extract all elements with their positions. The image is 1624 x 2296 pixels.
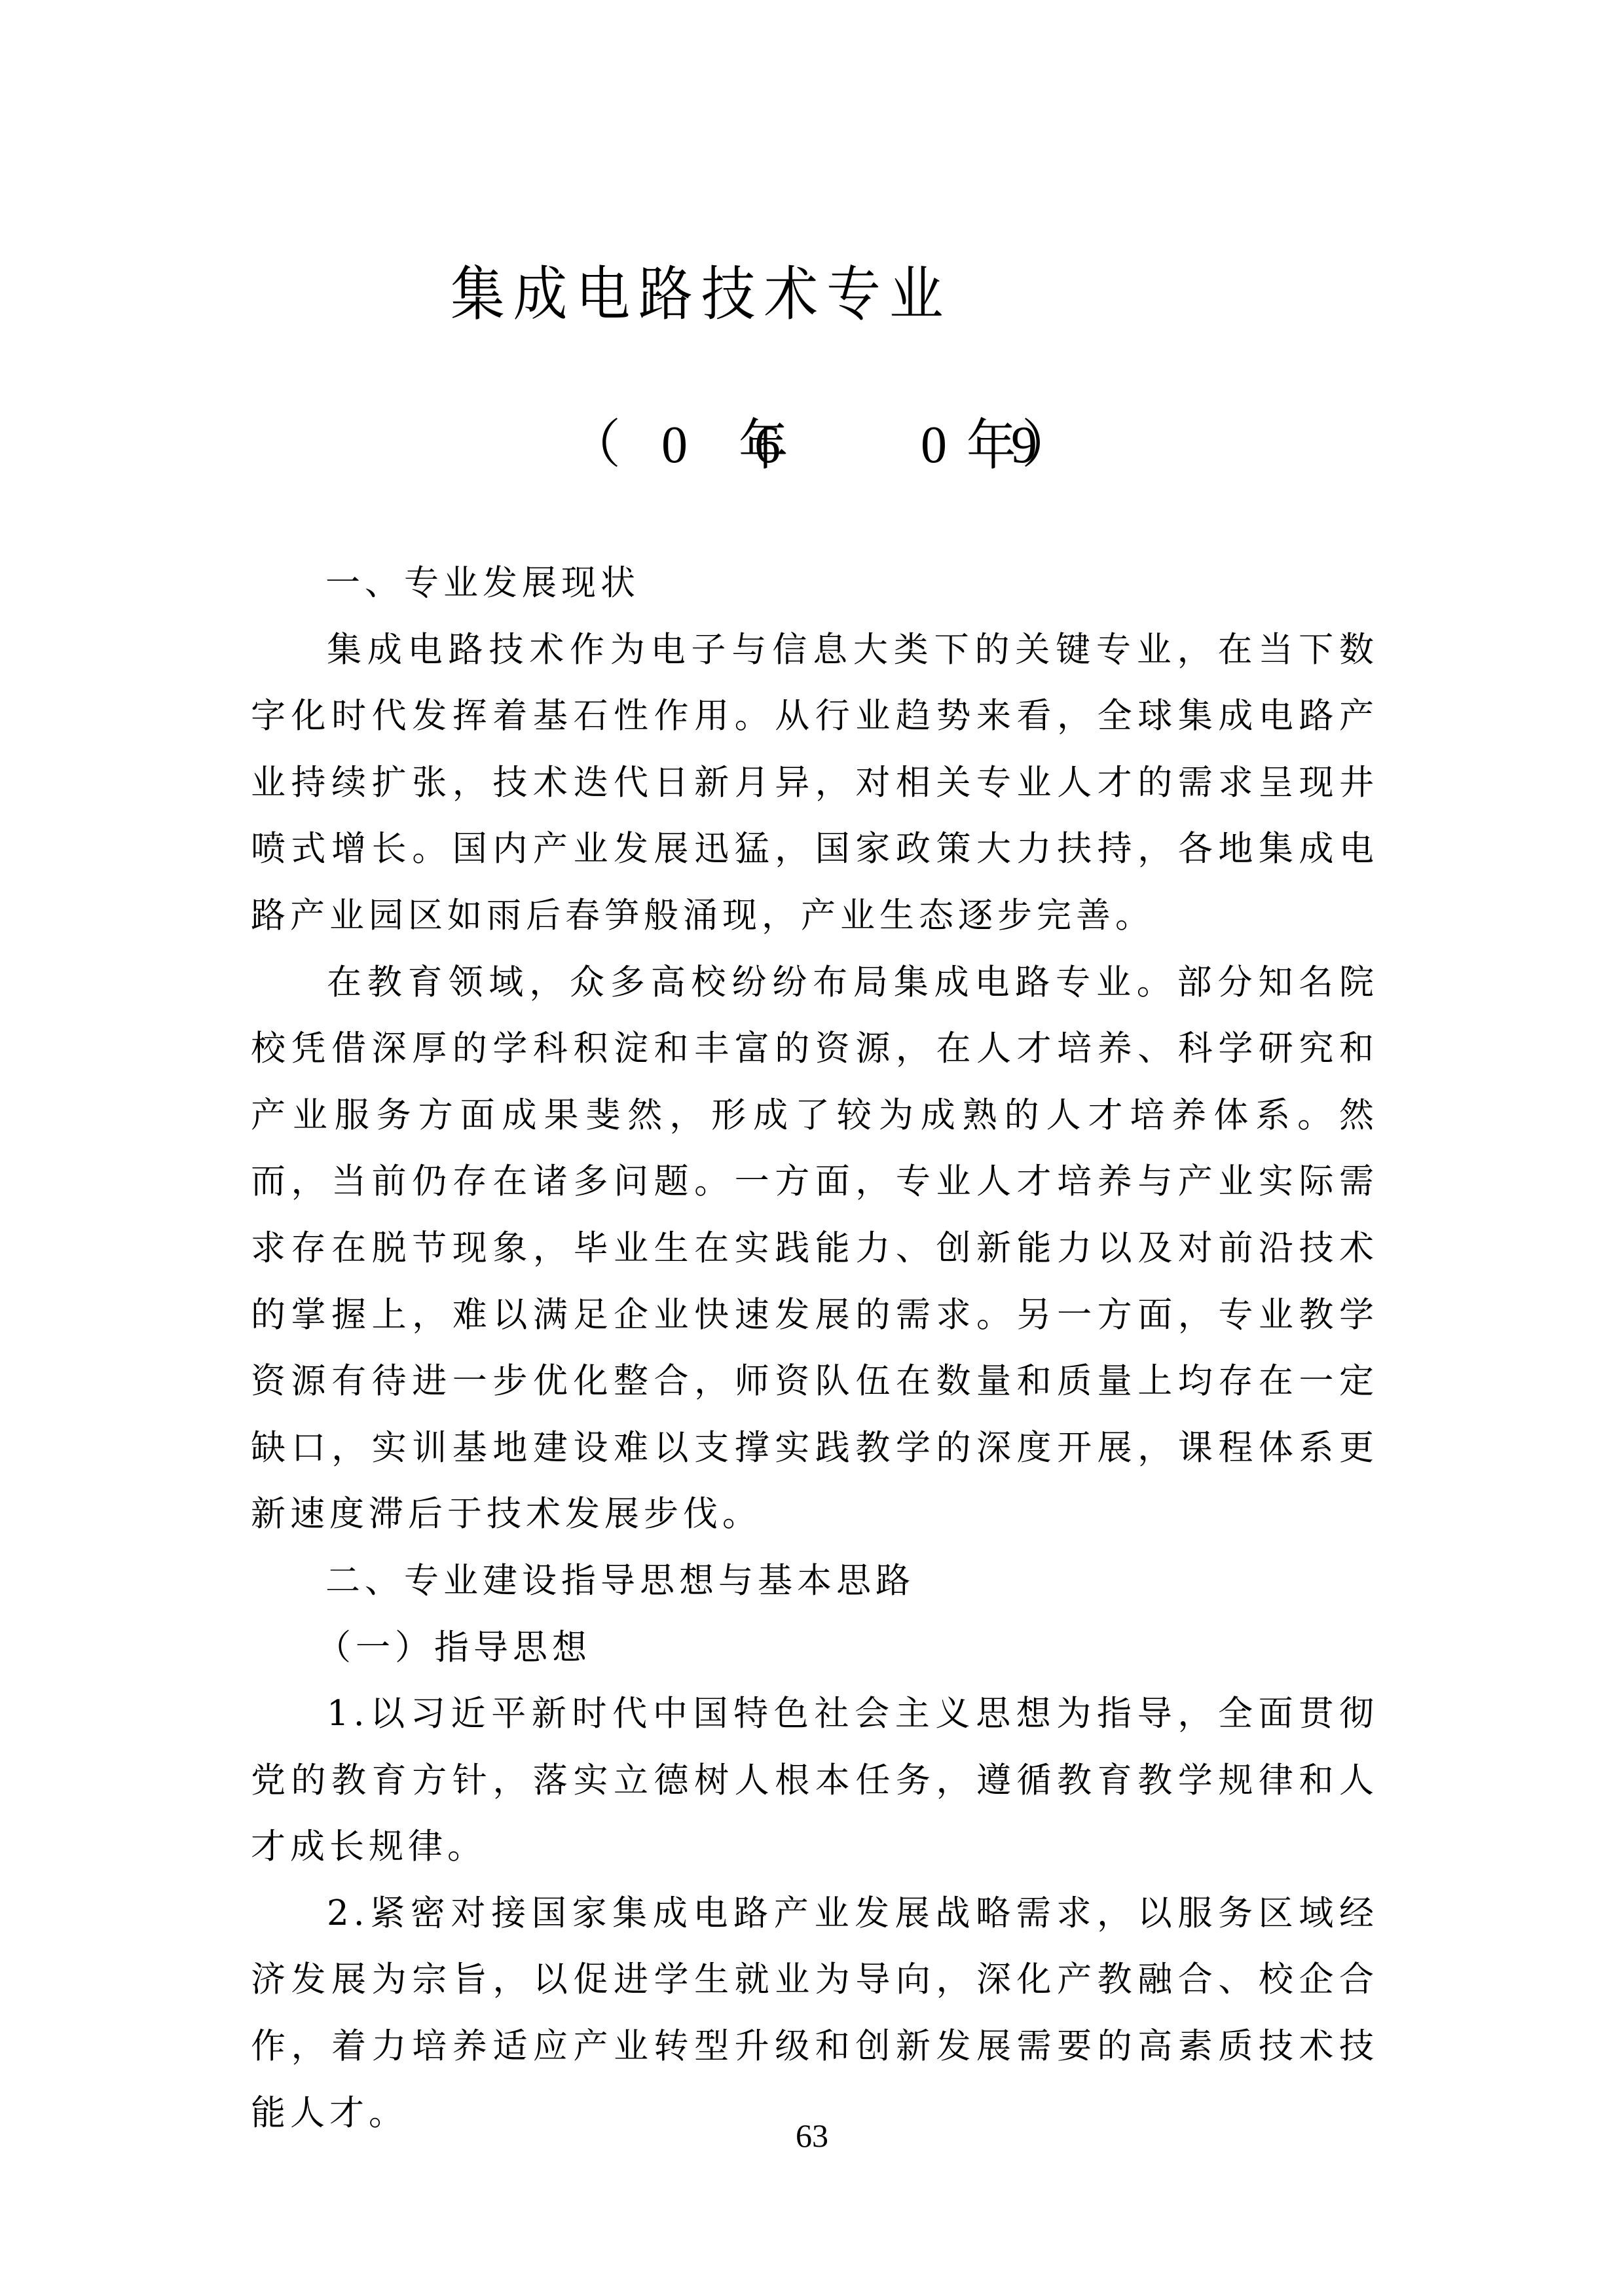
subtitle-glyph: 0 <box>661 406 688 484</box>
paragraph-industry-status: 集成电路技术作为电子与信息大类下的关键专业，在当下数字化时代发挥着基石性作用。从… <box>251 617 1378 949</box>
paragraph-education-status: 在教育领域，众多高校纷纷布局集成电路专业。部分知名院校凭借深厚的学科积淀和丰富的… <box>251 949 1378 1548</box>
subtitle-glyph: 0 <box>921 406 947 484</box>
document-page: 集成电路技术专业 （ 0 年 6 0 年 9 ） 一、专业发展现状 集成电路技术… <box>0 0 1624 2296</box>
document-body: 一、专业发展现状 集成电路技术作为电子与信息大类下的关键专业，在当下数字化时代发… <box>251 550 1378 2146</box>
section-heading-2: 二、专业建设指导思想与基本思路 <box>251 1548 1378 1614</box>
subtitle-glyph: 6 <box>754 406 781 484</box>
page-number: 63 <box>0 2116 1624 2155</box>
list-item-1: 1.以习近平新时代中国特色社会主义思想为指导，全面贯彻党的教育方针，落实立德树人… <box>251 1681 1378 1880</box>
list-item-2: 2.紧密对接国家集成电路产业发展战略需求，以服务区域经济发展为宗旨，以促进学生就… <box>251 1880 1378 2146</box>
subsection-heading-guiding-ideology: （一）指导思想 <box>251 1614 1378 1681</box>
subtitle-glyph: ） <box>1022 406 1074 484</box>
subtitle-glyph: （ <box>568 406 621 484</box>
subtitle-glyph: 年 <box>967 406 1016 484</box>
document-title: 集成电路技术专业 <box>451 259 951 331</box>
document-subtitle-date-range: （ 0 年 6 0 年 9 ） <box>0 406 1624 484</box>
section-heading-1: 一、专业发展现状 <box>251 550 1378 617</box>
